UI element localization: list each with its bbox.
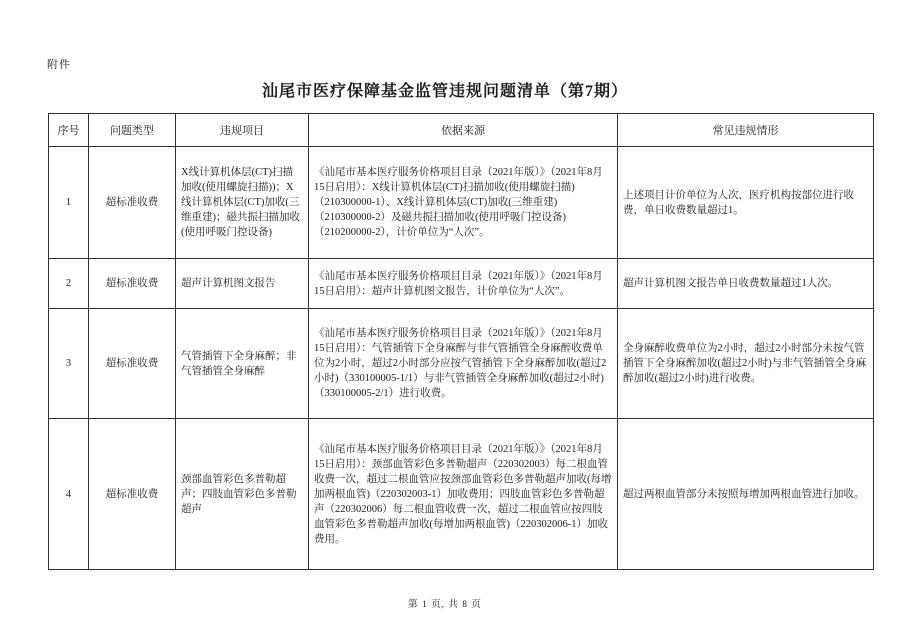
cell-source: 《汕尾市基本医疗服务价格项目目录（2021年版）》（2021年8月15日启用）：… <box>309 259 618 309</box>
header-source: 依据来源 <box>309 114 618 147</box>
cell-item: 气管插管下全身麻醉；非气管插管全身麻醉 <box>176 309 309 419</box>
page-title: 汕尾市医疗保障基金监管违规问题清单（第7期） <box>0 78 890 101</box>
table-header-row: 序号 问题类型 违规项目 依据来源 常见违规情形 <box>49 114 874 147</box>
cell-situation: 超声计算机图文报告单日收费数量超过1人次。 <box>618 259 874 309</box>
cell-source: 《汕尾市基本医疗服务价格项目目录（2021年版）》（2021年8月15日启用）：… <box>309 147 618 259</box>
attachment-label: 附件 <box>47 56 71 72</box>
cell-item: 颈部血管彩色多普勒超声；四肢血管彩色多普勒超声 <box>176 419 309 570</box>
cell-situation: 全身麻醉收费单位为2小时，超过2小时部分未按气管插管下全身麻醉加收(超过2小时)… <box>618 309 874 419</box>
header-no: 序号 <box>49 114 89 147</box>
header-type: 问题类型 <box>89 114 176 147</box>
cell-source: 《汕尾市基本医疗服务价格项目目录（2021年版）》（2021年8月15日启用）：… <box>309 309 618 419</box>
table-row: 3 超标准收费 气管插管下全身麻醉；非气管插管全身麻醉 《汕尾市基本医疗服务价格… <box>49 309 874 419</box>
cell-type: 超标准收费 <box>89 259 176 309</box>
table-row: 2 超标准收费 超声计算机图文报告 《汕尾市基本医疗服务价格项目目录（2021年… <box>49 259 874 309</box>
cell-item: 超声计算机图文报告 <box>176 259 309 309</box>
table-row: 1 超标准收费 X线计算机体层(CT)扫描加收(使用螺旋扫描))；X线计算机体层… <box>49 147 874 259</box>
violation-table: 序号 问题类型 违规项目 依据来源 常见违规情形 1 超标准收费 X线计算机体层… <box>48 113 874 570</box>
cell-no: 2 <box>49 259 89 309</box>
page-footer: 第 1 页, 共 8 页 <box>0 596 890 610</box>
cell-source: 《汕尾市基本医疗服务价格项目目录（2021年版）》（2021年8月15日启用）：… <box>309 419 618 570</box>
cell-type: 超标准收费 <box>89 309 176 419</box>
header-item: 违规项目 <box>176 114 309 147</box>
cell-situation: 超过两根血管部分未按照每增加两根血管进行加收。 <box>618 419 874 570</box>
cell-no: 4 <box>49 419 89 570</box>
cell-no: 1 <box>49 147 89 259</box>
header-situation: 常见违规情形 <box>618 114 874 147</box>
cell-type: 超标准收费 <box>89 419 176 570</box>
cell-type: 超标准收费 <box>89 147 176 259</box>
cell-item: X线计算机体层(CT)扫描加收(使用螺旋扫描))；X线计算机体层(CT)加收(三… <box>176 147 309 259</box>
table-row: 4 超标准收费 颈部血管彩色多普勒超声；四肢血管彩色多普勒超声 《汕尾市基本医疗… <box>49 419 874 570</box>
cell-no: 3 <box>49 309 89 419</box>
cell-situation: 上述项目计价单位为人次，医疗机构按部位进行收费，单日收费数量超过1。 <box>618 147 874 259</box>
